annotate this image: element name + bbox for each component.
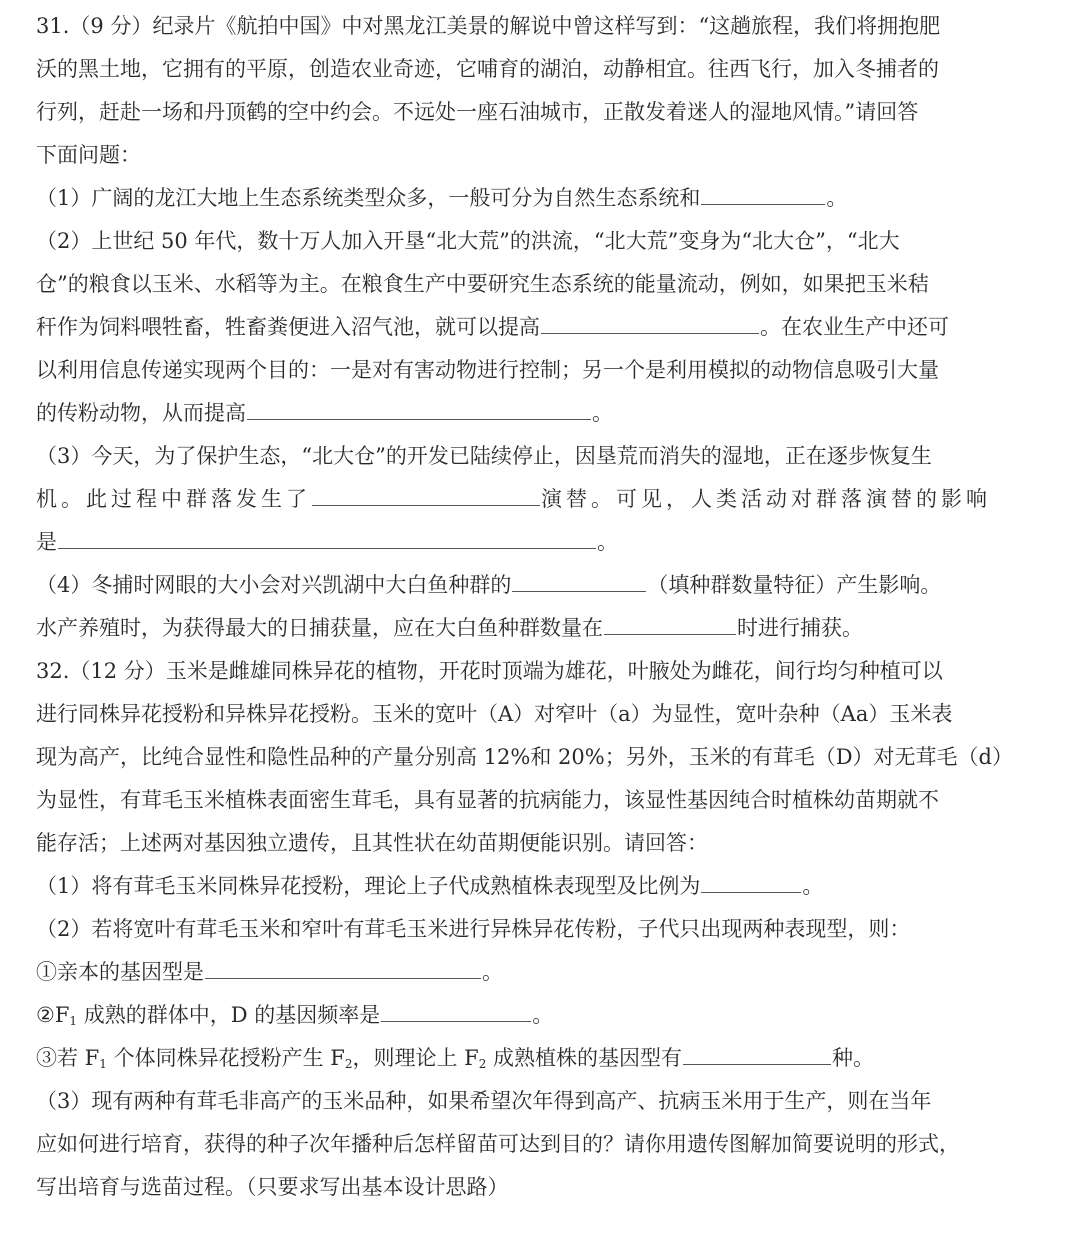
q32-line-3: 现为高产，比纯合显性和隐性品种的产量分别高 12%和 20%；另外，玉米的有茸毛… — [36, 743, 1013, 771]
q32-score: （12 分） — [69, 659, 165, 683]
q32-p2-s3-text: ，则理论上 F — [352, 1046, 478, 1070]
answer-blank-q32-2a[interactable] — [205, 958, 481, 979]
punct: 。 — [802, 874, 823, 898]
answer-blank-q31-3a[interactable] — [312, 485, 540, 506]
q32-text: 现为高产，比纯合显性和隐性品种的产量分别高 12%和 20%；另外，玉米的有茸毛… — [36, 745, 1013, 769]
q32-p3-line-1: （3）现有两种有茸毛非高产的玉米品种，如果希望次年得到高产、抗病玉米用于生产，则… — [36, 1087, 931, 1115]
q32-p2-s3-text: 个体同株异花授粉产生 F — [107, 1046, 345, 1070]
answer-blank-q32-2b[interactable] — [381, 1001, 531, 1022]
q31-p2-text: 秆作为饲料喂牲畜，牲畜粪便进入沼气池，就可以提高 — [36, 315, 540, 339]
punct: 。 — [592, 401, 613, 425]
q31-p2-text: （2）上世纪 50 年代，数十万人加入开垦“北大荒”的洪流，“北大荒”变身为“北… — [36, 229, 900, 253]
answer-blank-q31-2a[interactable] — [541, 313, 759, 334]
q31-p2-line-4: 以利用信息传递实现两个目的：一是对有害动物进行控制；另一个是利用模拟的动物信息吸… — [36, 356, 939, 384]
q31-text: 纪录片《航拍中国》中对黑龙江美景的解说中曾这样写到：“这趟旅程，我们将拥抱肥 — [152, 14, 940, 38]
answer-blank-q31-4a[interactable] — [512, 571, 646, 592]
q32-p2-text: （2）若将宽叶有茸毛玉米和窄叶有茸毛玉米进行异株异花传粉，子代只出现两种表现型，… — [36, 917, 910, 941]
q32-line-2: 进行同株异花授粉和异株异花授粉。玉米的宽叶（A）对窄叶（a）为显性，宽叶杂种（A… — [36, 700, 952, 728]
q31-p4-text: （填种群数量特征）产生影响。 — [647, 573, 941, 597]
q31-p3-text: 是 — [36, 530, 57, 554]
q31-p3-text: （3）今天，为了保护生态，“北大仓”的开发已陆续停止，因垦荒而消失的湿地，正在逐… — [36, 444, 932, 468]
q31-number: 31. — [36, 14, 69, 38]
punct: 。 — [826, 186, 847, 210]
q31-line-4: 下面问题： — [36, 141, 141, 169]
q31-p2-text: 的传粉动物，从而提高 — [36, 401, 246, 425]
q32-p2-s3-text: 成熟植株的基因型有 — [486, 1046, 682, 1070]
q31-text: 行列，赶赴一场和丹顶鹤的空中约会。不远处一座石油城市，正散发着迷人的湿地风情。”… — [36, 100, 918, 124]
q31-p4-line-2: 水产养殖时，为获得最大的日捕获量，应在大白鱼种群数量在时进行捕获。 — [36, 614, 863, 642]
punct: 。 — [597, 530, 618, 554]
q32-p2-s3-text: ③若 F — [36, 1046, 99, 1070]
q31-p2-text: 仓”的粮食以玉米、水稻等为主。在粮食生产中要研究生态系统的能量流动，例如，如果把… — [36, 272, 929, 296]
q31-p2-line-2: 仓”的粮食以玉米、水稻等为主。在粮食生产中要研究生态系统的能量流动，例如，如果把… — [36, 270, 929, 298]
q32-text: 进行同株异花授粉和异株异花授粉。玉米的宽叶（A）对窄叶（a）为显性，宽叶杂种（A… — [36, 702, 952, 726]
punct: 。 — [482, 960, 503, 984]
q32-p3-text: 应如何进行培育，获得的种子次年播种后怎样留苗可达到目的？请你用遗传图解加简要说明… — [36, 1132, 960, 1156]
q31-p3-line-2: 机。此过程中群落发生了演替。可见，人类活动对群落演替的影响 — [36, 485, 991, 513]
q32-p2-s1: ①亲本的基因型是。 — [36, 958, 503, 986]
answer-blank-q31-2b[interactable] — [247, 399, 591, 420]
q31-text: 沃的黑土地，它拥有的平原，创造农业奇迹，它哺育的湖泊，动静相宜。往西飞行，加入冬… — [36, 57, 939, 81]
q31-p4-text: 时进行捕获。 — [737, 616, 863, 640]
q32-p2-s1-text: ①亲本的基因型是 — [36, 960, 204, 984]
q31-p2-line-1: （2）上世纪 50 年代，数十万人加入开垦“北大荒”的洪流，“北大荒”变身为“北… — [36, 227, 900, 255]
q31-p3-line-3: 是。 — [36, 528, 618, 556]
q32-p2-line-1: （2）若将宽叶有茸毛玉米和窄叶有茸毛玉米进行异株异花传粉，子代只出现两种表现型，… — [36, 915, 910, 943]
exam-page: 31.（9 分）纪录片《航拍中国》中对黑龙江美景的解说中曾这样写到：“这趟旅程，… — [0, 0, 1080, 1240]
q31-p2-text: 以利用信息传递实现两个目的：一是对有害动物进行控制；另一个是利用模拟的动物信息吸… — [36, 358, 939, 382]
q32-p3-text: 写出培育与选苗过程。（只要求写出基本设计思路） — [36, 1175, 509, 1199]
q31-p2-text: 。在农业生产中还可 — [760, 315, 949, 339]
answer-blank-q31-4b[interactable] — [604, 614, 736, 635]
q32-line-1: 32.（12 分）玉米是雌雄同株异花的植物，开花时顶端为雄花，叶腋处为雌花，间行… — [36, 657, 943, 685]
q32-line-4: 为显性，有茸毛玉米植株表面密生茸毛，具有显著的抗病能力，该显性基因纯合时植株幼苗… — [36, 786, 939, 814]
q31-p3-text: 演替。可见，人类活动对群落演替的影响 — [541, 487, 991, 511]
q32-p3-text: （3）现有两种有茸毛非高产的玉米品种，如果希望次年得到高产、抗病玉米用于生产，则… — [36, 1089, 931, 1113]
q32-p2-s3: ③若 F1 个体同株异花授粉产生 F2，则理论上 F2 成熟植株的基因型有种。 — [36, 1044, 874, 1072]
q32-text: 为显性，有茸毛玉米植株表面密生茸毛，具有显著的抗病能力，该显性基因纯合时植株幼苗… — [36, 788, 939, 812]
q32-text: 玉米是雌雄同株异花的植物，开花时顶端为雄花，叶腋处为雌花，间行均匀种植可以 — [166, 659, 943, 683]
q31-line-2: 沃的黑土地，它拥有的平原，创造农业奇迹，它哺育的湖泊，动静相宜。往西飞行，加入冬… — [36, 55, 939, 83]
punct: 。 — [532, 1003, 553, 1027]
q32-p2-s2-text: 成熟的群体中，D 的基因频率是 — [77, 1003, 380, 1027]
q31-score: （9 分） — [69, 14, 152, 38]
q31-p3-text: 机。此过程中群落发生了 — [36, 487, 311, 511]
q31-text: 下面问题： — [36, 143, 141, 167]
q31-p4-text: 水产养殖时，为获得最大的日捕获量，应在大白鱼种群数量在 — [36, 616, 603, 640]
q32-p2-s3-text: 种。 — [832, 1046, 874, 1070]
subscript: 1 — [69, 1014, 77, 1028]
q32-p1-text: （1）将有茸毛玉米同株异花授粉，理论上子代成熟植株表现型及比例为 — [36, 874, 700, 898]
q32-p2-s2-text: ②F — [36, 1003, 69, 1027]
q31-p1-text: （1）广阔的龙江大地上生态系统类型众多，一般可分为自然生态系统和 — [36, 186, 700, 210]
q32-p2-s2: ②F1 成熟的群体中，D 的基因频率是。 — [36, 1001, 553, 1029]
q32-p1: （1）将有茸毛玉米同株异花授粉，理论上子代成熟植株表现型及比例为。 — [36, 872, 823, 900]
q31-p4-text: （4）冬捕时网眼的大小会对兴凯湖中大白鱼种群的 — [36, 573, 511, 597]
subscript: 1 — [99, 1057, 107, 1071]
q32-p3-line-3: 写出培育与选苗过程。（只要求写出基本设计思路） — [36, 1173, 509, 1201]
q32-p3-line-2: 应如何进行培育，获得的种子次年播种后怎样留苗可达到目的？请你用遗传图解加简要说明… — [36, 1130, 960, 1158]
q31-p1: （1）广阔的龙江大地上生态系统类型众多，一般可分为自然生态系统和。 — [36, 184, 847, 212]
answer-blank-q32-1[interactable] — [701, 872, 801, 893]
q31-p3-line-1: （3）今天，为了保护生态，“北大仓”的开发已陆续停止，因垦荒而消失的湿地，正在逐… — [36, 442, 932, 470]
answer-blank-q31-1[interactable] — [701, 184, 825, 205]
q31-line-3: 行列，赶赴一场和丹顶鹤的空中约会。不远处一座石油城市，正散发着迷人的湿地风情。”… — [36, 98, 918, 126]
q31-p4-line-1: （4）冬捕时网眼的大小会对兴凯湖中大白鱼种群的（填种群数量特征）产生影响。 — [36, 571, 941, 599]
answer-blank-q32-2c[interactable] — [683, 1044, 831, 1065]
q32-text: 能存活；上述两对基因独立遗传，且其性状在幼苗期便能识别。请回答： — [36, 831, 708, 855]
q32-number: 32. — [36, 659, 69, 683]
q32-line-5: 能存活；上述两对基因独立遗传，且其性状在幼苗期便能识别。请回答： — [36, 829, 708, 857]
answer-blank-q31-3b[interactable] — [58, 528, 596, 549]
q31-p2-line-5: 的传粉动物，从而提高。 — [36, 399, 613, 427]
q31-p2-line-3: 秆作为饲料喂牲畜，牲畜粪便进入沼气池，就可以提高。在农业生产中还可 — [36, 313, 949, 341]
q31-line-1: 31.（9 分）纪录片《航拍中国》中对黑龙江美景的解说中曾这样写到：“这趟旅程，… — [36, 12, 940, 40]
